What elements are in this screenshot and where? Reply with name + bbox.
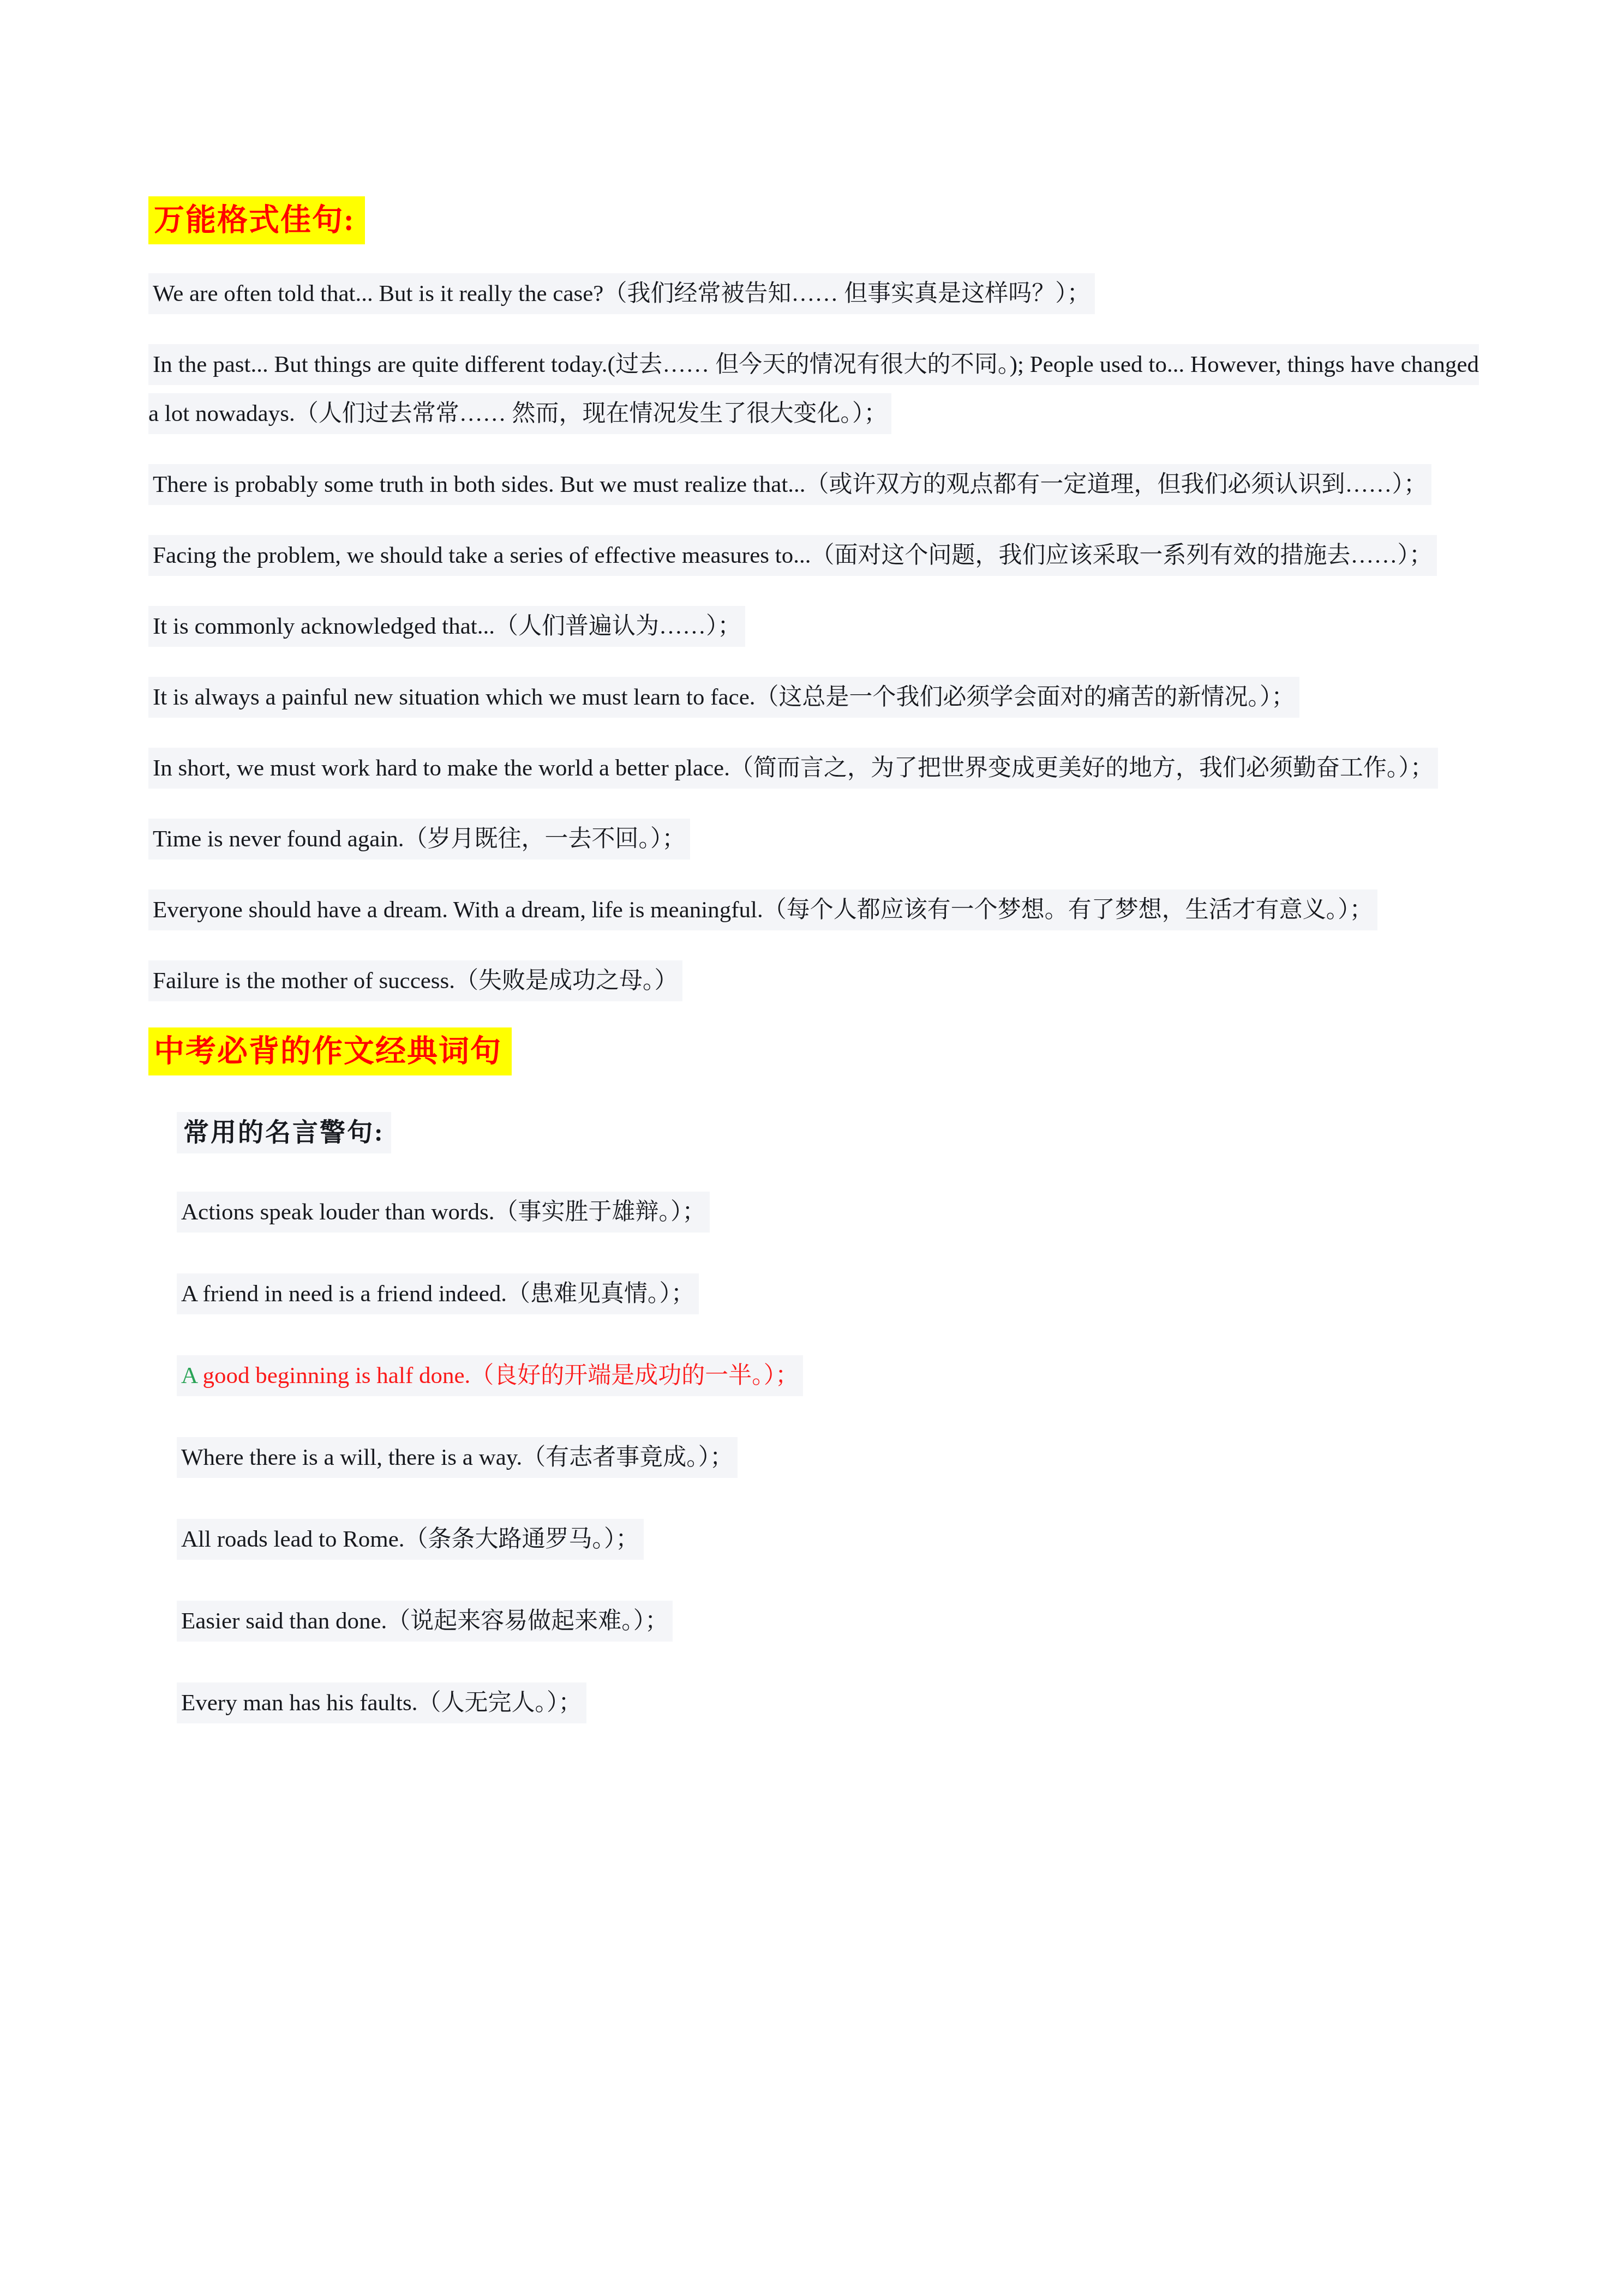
proverb-text: A friend in need is a friend indeed.（患难见… — [177, 1273, 699, 1314]
proverbs-subheading-row: 常用的名言警句: — [177, 1108, 1479, 1157]
paragraph-text: Time is never found again.（岁月既往，一去不回。）； — [148, 819, 690, 860]
proverb-item-5: All roads lead to Rome.（条条大路通罗马。）； — [177, 1515, 1479, 1564]
body-paragraph-5: It is commonly acknowledged that...（人们普遍… — [148, 602, 1479, 651]
body-paragraph-4: Facing the problem, we should take a ser… — [148, 531, 1479, 580]
document-page: 万能格式佳句: We are often told that... But is… — [0, 0, 1624, 2296]
paragraph-text: In short, we must work hard to make the … — [148, 748, 1438, 789]
proverb-accent-prefix: A — [181, 1363, 197, 1389]
proverbs-section: 常用的名言警句: Actions speak louder than words… — [177, 1108, 1479, 1728]
section1-headline-row: 万能格式佳句: — [148, 196, 1479, 244]
body-paragraph-1: We are often told that... But is it real… — [148, 269, 1479, 318]
proverb-text: Every man has his faults.（人无完人。）； — [177, 1682, 586, 1723]
proverb-text: Easier said than done.（说起来容易做起来难。）； — [177, 1601, 673, 1642]
body-paragraph-8: Time is never found again.（岁月既往，一去不回。）； — [148, 815, 1479, 864]
paragraph-text: It is commonly acknowledged that...（人们普遍… — [148, 606, 745, 647]
proverb-text: Where there is a will, there is a way.（有… — [177, 1437, 738, 1478]
paragraph-text: Failure is the mother of success.（失败是成功之… — [148, 960, 682, 1001]
body-paragraph-2: In the past... But things are quite diff… — [148, 340, 1479, 438]
section2-headline-row: 中考必背的作文经典词句 — [148, 1027, 1479, 1075]
body-paragraph-10: Failure is the mother of success.（失败是成功之… — [148, 957, 1479, 1006]
proverb-text: All roads lead to Rome.（条条大路通罗马。）； — [177, 1519, 644, 1560]
paragraph-text: In the past... But things are quite diff… — [148, 344, 1479, 434]
section2-heading: 中考必背的作文经典词句 — [148, 1027, 512, 1075]
proverb-item-3-highlighted: A good beginning is half done.（良好的开端是成功的… — [177, 1351, 1479, 1401]
proverb-item-2: A friend in need is a friend indeed.（患难见… — [177, 1270, 1479, 1319]
paragraph-text: Facing the problem, we should take a ser… — [148, 535, 1437, 576]
body-paragraph-9: Everyone should have a dream. With a dre… — [148, 886, 1479, 935]
proverb-text: Actions speak louder than words.（事实胜于雄辩。… — [177, 1192, 710, 1233]
proverb-item-6: Easier said than done.（说起来容易做起来难。）； — [177, 1597, 1479, 1646]
body-paragraph-6: It is always a painful new situation whi… — [148, 673, 1479, 722]
body-paragraph-7: In short, we must work hard to make the … — [148, 744, 1479, 793]
section1-heading: 万能格式佳句: — [148, 196, 365, 244]
proverb-item-4: Where there is a will, there is a way.（有… — [177, 1433, 1479, 1482]
proverb-item-1: Actions speak louder than words.（事实胜于雄辩。… — [177, 1188, 1479, 1237]
proverb-item-7: Every man has his faults.（人无完人。）； — [177, 1679, 1479, 1728]
proverb-accent-rest: good beginning is half done.（良好的开端是成功的一半… — [197, 1363, 799, 1389]
paragraph-text: There is probably some truth in both sid… — [148, 464, 1431, 505]
proverbs-subheading: 常用的名言警句: — [177, 1112, 391, 1153]
body-paragraph-3: There is probably some truth in both sid… — [148, 460, 1479, 509]
proverb-text: A good beginning is half done.（良好的开端是成功的… — [177, 1355, 803, 1396]
paragraph-text: We are often told that... But is it real… — [148, 273, 1095, 314]
paragraph-text: It is always a painful new situation whi… — [148, 677, 1299, 718]
paragraph-text: Everyone should have a dream. With a dre… — [148, 889, 1377, 930]
